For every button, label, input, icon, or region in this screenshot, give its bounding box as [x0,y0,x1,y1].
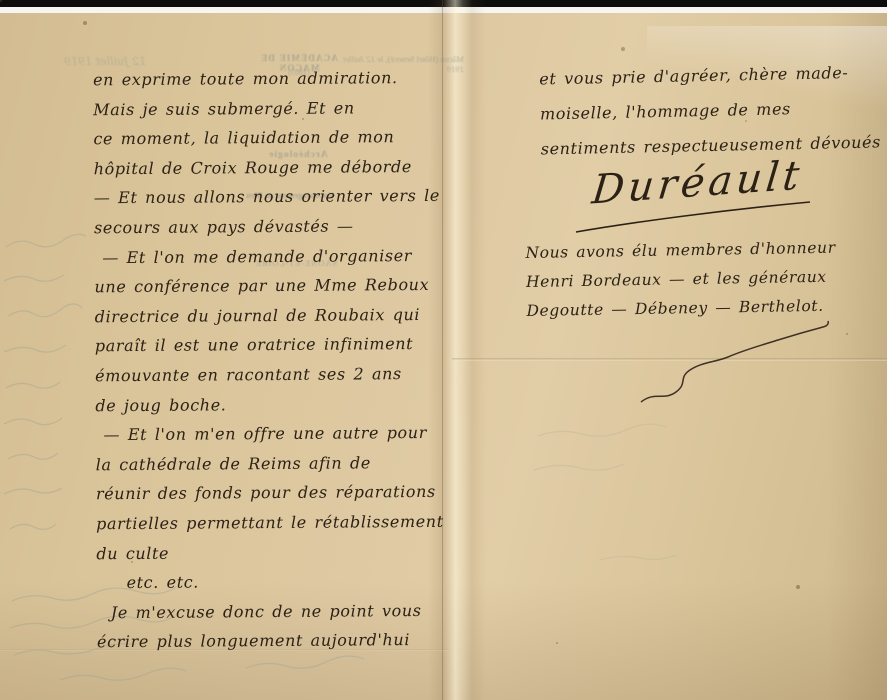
paper-specks [0,0,2,2]
letter-scan: ACADÉMIE DE MACON (1805) Mâcon (Hôtel Se… [0,0,887,700]
handwritten-line: en exprime toute mon admiration. [93,63,455,95]
handwritten-line: la cathédrale de Reims afin de [96,447,458,479]
closing-text: et vous prie d'agréer, chère made-moisel… [539,55,875,167]
handwritten-line: Mais je suis submergé. Et en [93,92,455,124]
handwritten-line: Je m'excuse donc de ne point vous [97,595,459,627]
handwritten-line: secours aux pays dévastés — [94,211,456,243]
handwritten-line: hôpital de Croix Rouge me déborde [94,152,456,184]
signature-underline [572,194,816,238]
handwritten-line: partielles permettant le rétablissement [96,507,458,539]
horizontal-crease-right [452,358,887,361]
handwritten-line: et vous prie d'agréer, chère made- [539,55,874,97]
handwritten-line: du culte [96,536,458,568]
handwritten-line: directrice du journal de Roubaix qui [95,299,457,331]
handwritten-line: Degoutte — Débeney — Berthelot. [526,291,870,326]
handwritten-line: — Et l'on m'en offre une autre pour [95,418,457,450]
left-page-text: en exprime toute mon admiration.Mais je … [93,63,459,657]
handwritten-line: réunir des fonds pour des réparations [96,477,458,509]
handwritten-line: paraît il est une oratrice infiniment [95,329,457,361]
handwritten-line: — Et nous allons nous orienter vers le [94,181,456,213]
handwritten-line: de joug boche. [95,388,457,420]
postscript-text: Nous avons élu membres d'honneurHenri Bo… [525,233,870,326]
handwritten-line: écrire plus longuement aujourd'hui [97,625,459,657]
handwritten-line: une conférence par une Mme Reboux [94,270,456,302]
handwritten-line: — Et l'on me demande d'organiser [94,240,456,272]
handwritten-line: émouvante en racontant ses 2 ans [95,359,457,391]
handwritten-line: etc. etc. [96,566,458,598]
handwritten-line: ce moment, la liquidation de mon [93,122,455,154]
